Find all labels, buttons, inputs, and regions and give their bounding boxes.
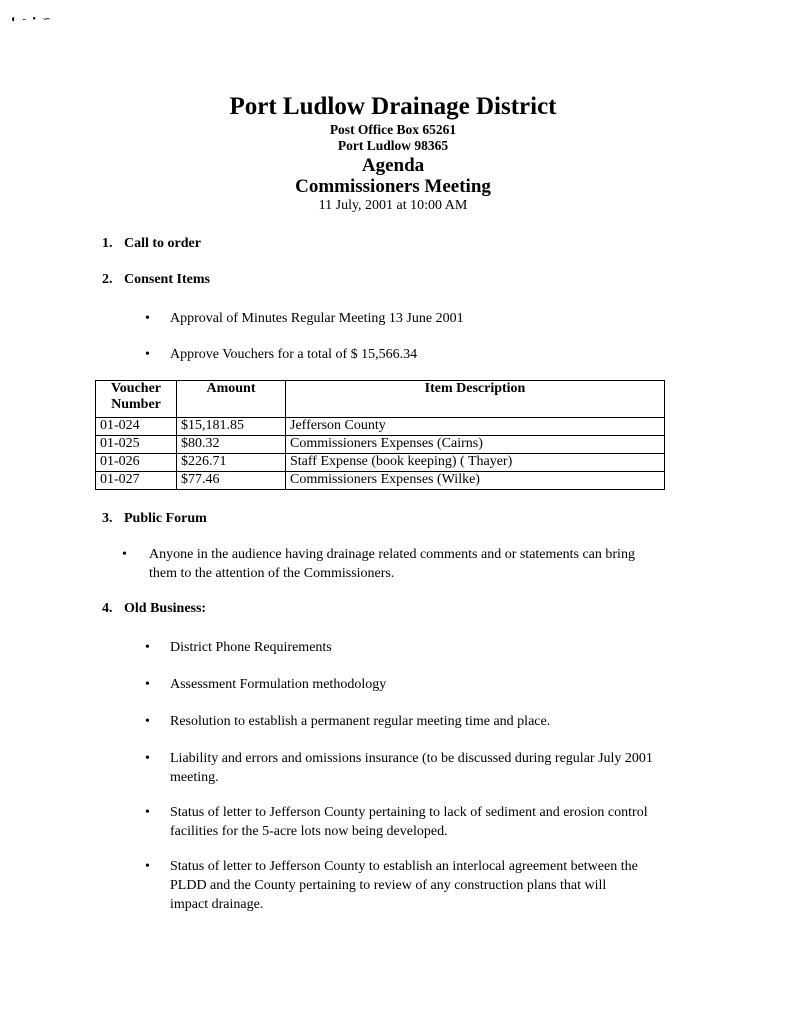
list-item-text: Approval of Minutes Regular Meeting 13 J… bbox=[170, 309, 464, 328]
section-number: 3. bbox=[102, 511, 124, 527]
table-row: 01-026 $226.71 Staff Expense (book keepi… bbox=[96, 454, 665, 472]
list-item-text: District Phone Requirements bbox=[170, 638, 665, 657]
section-old-business: 4.Old Business: bbox=[102, 601, 206, 617]
list-item: • Anyone in the audience having drainage… bbox=[122, 545, 662, 583]
bullet-icon: • bbox=[145, 749, 150, 768]
table-row: 01-024 $15,181.85 Jefferson County bbox=[96, 418, 665, 436]
section-number: 2. bbox=[102, 272, 124, 288]
list-item: • Resolution to establish a permanent re… bbox=[145, 712, 665, 731]
bullet-icon: • bbox=[145, 857, 150, 876]
voucher-description: Commissioners Expenses (Cairns) bbox=[286, 436, 665, 454]
bullet-icon: • bbox=[122, 545, 127, 564]
list-item-text: Approve Vouchers for a total of $ 15,566… bbox=[170, 345, 417, 364]
column-header-item-description: Item Description bbox=[286, 381, 665, 418]
table-row: 01-025 $80.32 Commissioners Expenses (Ca… bbox=[96, 436, 665, 454]
voucher-amount: $77.46 bbox=[177, 472, 286, 490]
voucher-number: 01-027 bbox=[96, 472, 177, 490]
voucher-description: Commissioners Expenses (Wilke) bbox=[286, 472, 665, 490]
section-title: Consent Items bbox=[124, 272, 210, 287]
section-call-to-order: 1.Call to order bbox=[102, 236, 201, 252]
bullet-icon: • bbox=[145, 638, 150, 657]
section-public-forum: 3.Public Forum bbox=[102, 511, 207, 527]
organization-name: Port Ludlow Drainage District bbox=[0, 92, 786, 122]
bullet-icon: • bbox=[145, 803, 150, 822]
document-header: Port Ludlow Drainage District Post Offic… bbox=[0, 92, 786, 214]
list-item: • Approve Vouchers for a total of $ 15,5… bbox=[145, 345, 417, 364]
bullet-icon: • bbox=[145, 675, 150, 694]
section-title: Old Business: bbox=[124, 601, 206, 616]
po-box: Post Office Box 65261 bbox=[0, 122, 786, 138]
section-number: 4. bbox=[102, 601, 124, 617]
scan-artifact: ◖ - • ∽ bbox=[10, 14, 53, 25]
table-row: 01-027 $77.46 Commissioners Expenses (Wi… bbox=[96, 472, 665, 490]
list-item-text: Anyone in the audience having drainage r… bbox=[149, 545, 662, 583]
voucher-table: Voucher Number Amount Item Description 0… bbox=[95, 380, 665, 490]
voucher-description: Staff Expense (book keeping) ( Thayer) bbox=[286, 454, 665, 472]
document-type: Agenda bbox=[0, 155, 786, 176]
voucher-number: 01-025 bbox=[96, 436, 177, 454]
list-item-text: Status of letter to Jefferson County to … bbox=[170, 857, 645, 914]
voucher-description: Jefferson County bbox=[286, 418, 665, 436]
voucher-number: 01-026 bbox=[96, 454, 177, 472]
list-item: • District Phone Requirements bbox=[145, 638, 665, 657]
voucher-number: 01-024 bbox=[96, 418, 177, 436]
list-item: • Liability and errors and omissions ins… bbox=[145, 749, 665, 787]
column-header-voucher-number: Voucher Number bbox=[96, 381, 177, 418]
list-item-text: Status of letter to Jefferson County per… bbox=[170, 803, 665, 841]
city-zip: Port Ludlow 98365 bbox=[0, 138, 786, 154]
list-item: • Status of letter to Jefferson County p… bbox=[145, 803, 665, 841]
list-item-text: Resolution to establish a permanent regu… bbox=[170, 712, 665, 731]
list-item: • Assessment Formulation methodology bbox=[145, 675, 665, 694]
column-header-amount: Amount bbox=[177, 381, 286, 418]
section-consent-items: 2.Consent Items bbox=[102, 272, 210, 288]
section-title: Public Forum bbox=[124, 511, 207, 526]
bullet-icon: • bbox=[145, 345, 150, 364]
bullet-icon: • bbox=[145, 712, 150, 731]
voucher-amount: $15,181.85 bbox=[177, 418, 286, 436]
voucher-amount: $80.32 bbox=[177, 436, 286, 454]
list-item-text: Liability and errors and omissions insur… bbox=[170, 749, 665, 787]
list-item-text: Assessment Formulation methodology bbox=[170, 675, 665, 694]
table-header-row: Voucher Number Amount Item Description bbox=[96, 381, 665, 418]
list-item: • Approval of Minutes Regular Meeting 13… bbox=[145, 309, 464, 328]
list-item: • Status of letter to Jefferson County t… bbox=[145, 857, 645, 914]
section-number: 1. bbox=[102, 236, 124, 252]
meeting-date: 11 July, 2001 at 10:00 AM bbox=[0, 198, 786, 214]
bullet-icon: • bbox=[145, 309, 150, 328]
meeting-title: Commissioners Meeting bbox=[0, 176, 786, 198]
voucher-amount: $226.71 bbox=[177, 454, 286, 472]
section-title: Call to order bbox=[124, 236, 201, 251]
